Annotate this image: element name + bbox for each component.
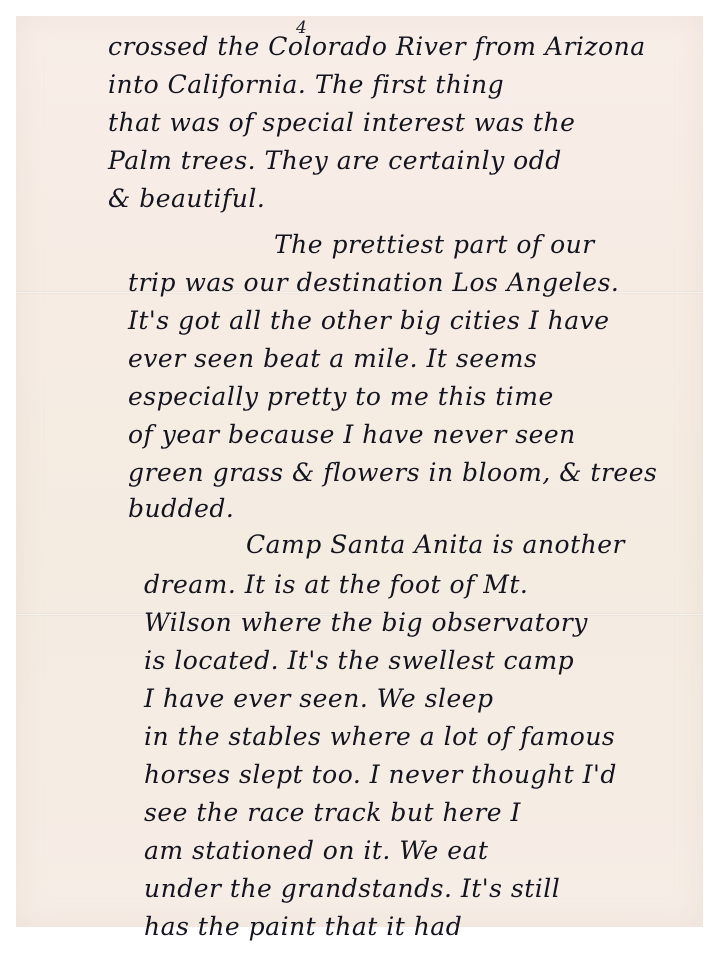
text-line-9: ever seen beat a mile. It seems bbox=[128, 344, 537, 373]
text-line-1: crossed the Colorado River from Arizona bbox=[108, 32, 646, 61]
text-line-2: into California. The first thing bbox=[108, 70, 504, 99]
text-line-14: Camp Santa Anita is another bbox=[246, 530, 625, 559]
text-line-19: in the stables where a lot of famous bbox=[144, 722, 615, 751]
text-line-20: horses slept too. I never thought I'd bbox=[144, 760, 617, 789]
text-line-10: especially pretty to me this time bbox=[128, 382, 554, 411]
text-line-21: see the race track but here I bbox=[144, 798, 521, 827]
text-line-16: Wilson where the big observatory bbox=[144, 608, 588, 637]
text-line-24: has the paint that it had bbox=[144, 912, 462, 941]
letter-page: 4 crossed the Colorado River from Arizon… bbox=[16, 16, 703, 927]
text-line-15: dream. It is at the foot of Mt. bbox=[144, 570, 528, 599]
text-line-13: budded. bbox=[128, 494, 234, 523]
text-line-23: under the grandstands. It's still bbox=[144, 874, 560, 903]
text-line-17: is located. It's the swellest camp bbox=[144, 646, 574, 675]
text-line-6: The prettiest part of our bbox=[274, 230, 595, 259]
text-line-22: am stationed on it. We eat bbox=[144, 836, 488, 865]
text-line-12: green grass & flowers in bloom, & trees bbox=[128, 458, 657, 487]
text-line-4: Palm trees. They are certainly odd bbox=[108, 146, 562, 175]
text-line-3: that was of special interest was the bbox=[108, 108, 575, 137]
text-line-11: of year because I have never seen bbox=[128, 420, 576, 449]
text-line-7: trip was our destination Los Angeles. bbox=[128, 268, 619, 297]
text-line-8: It's got all the other big cities I have bbox=[128, 306, 610, 335]
text-line-5: & beautiful. bbox=[108, 184, 265, 213]
text-line-18: I have ever seen. We sleep bbox=[144, 684, 494, 713]
